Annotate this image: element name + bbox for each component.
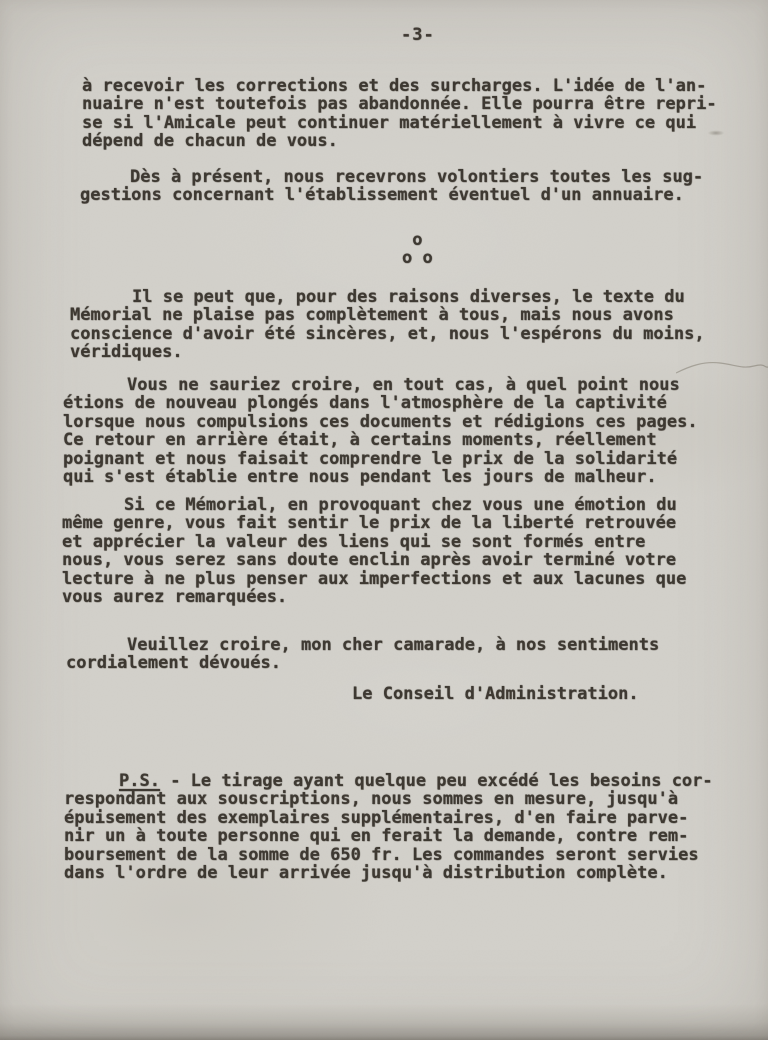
- body-paragraph-salutation: Veuillez croire, mon cher camarade, à no…: [66, 636, 659, 673]
- body-paragraph-suggestions: Dès à présent, nous recevrons volontiers…: [80, 168, 703, 205]
- paper-bottom-edge-shadow: [0, 1004, 768, 1040]
- asterism-separator: o o o: [402, 231, 433, 268]
- body-paragraph-memorial-texte: Il se peut que, pour des raisons diverse…: [70, 288, 705, 362]
- postscript-body: - Le tirage ayant quelque peu excédé les…: [64, 771, 713, 883]
- postscript-label: P.S.: [119, 771, 160, 791]
- signature-line: Le Conseil d'Administration.: [352, 685, 639, 703]
- page-number: -3-: [401, 26, 435, 44]
- postscript-paragraph: P.S. - Le tirage ayant quelque peu excéd…: [64, 772, 713, 882]
- scanned-letter-page: -3- à recevoir les corrections et des su…: [0, 0, 768, 1040]
- body-paragraph-annuaire: à recevoir les corrections et des surcha…: [82, 77, 717, 151]
- body-paragraph-captivite: Vous ne sauriez croire, en tout cas, à q…: [63, 376, 698, 486]
- body-paragraph-liberte: Si ce Mémorial, en provoquant chez vous …: [62, 496, 686, 606]
